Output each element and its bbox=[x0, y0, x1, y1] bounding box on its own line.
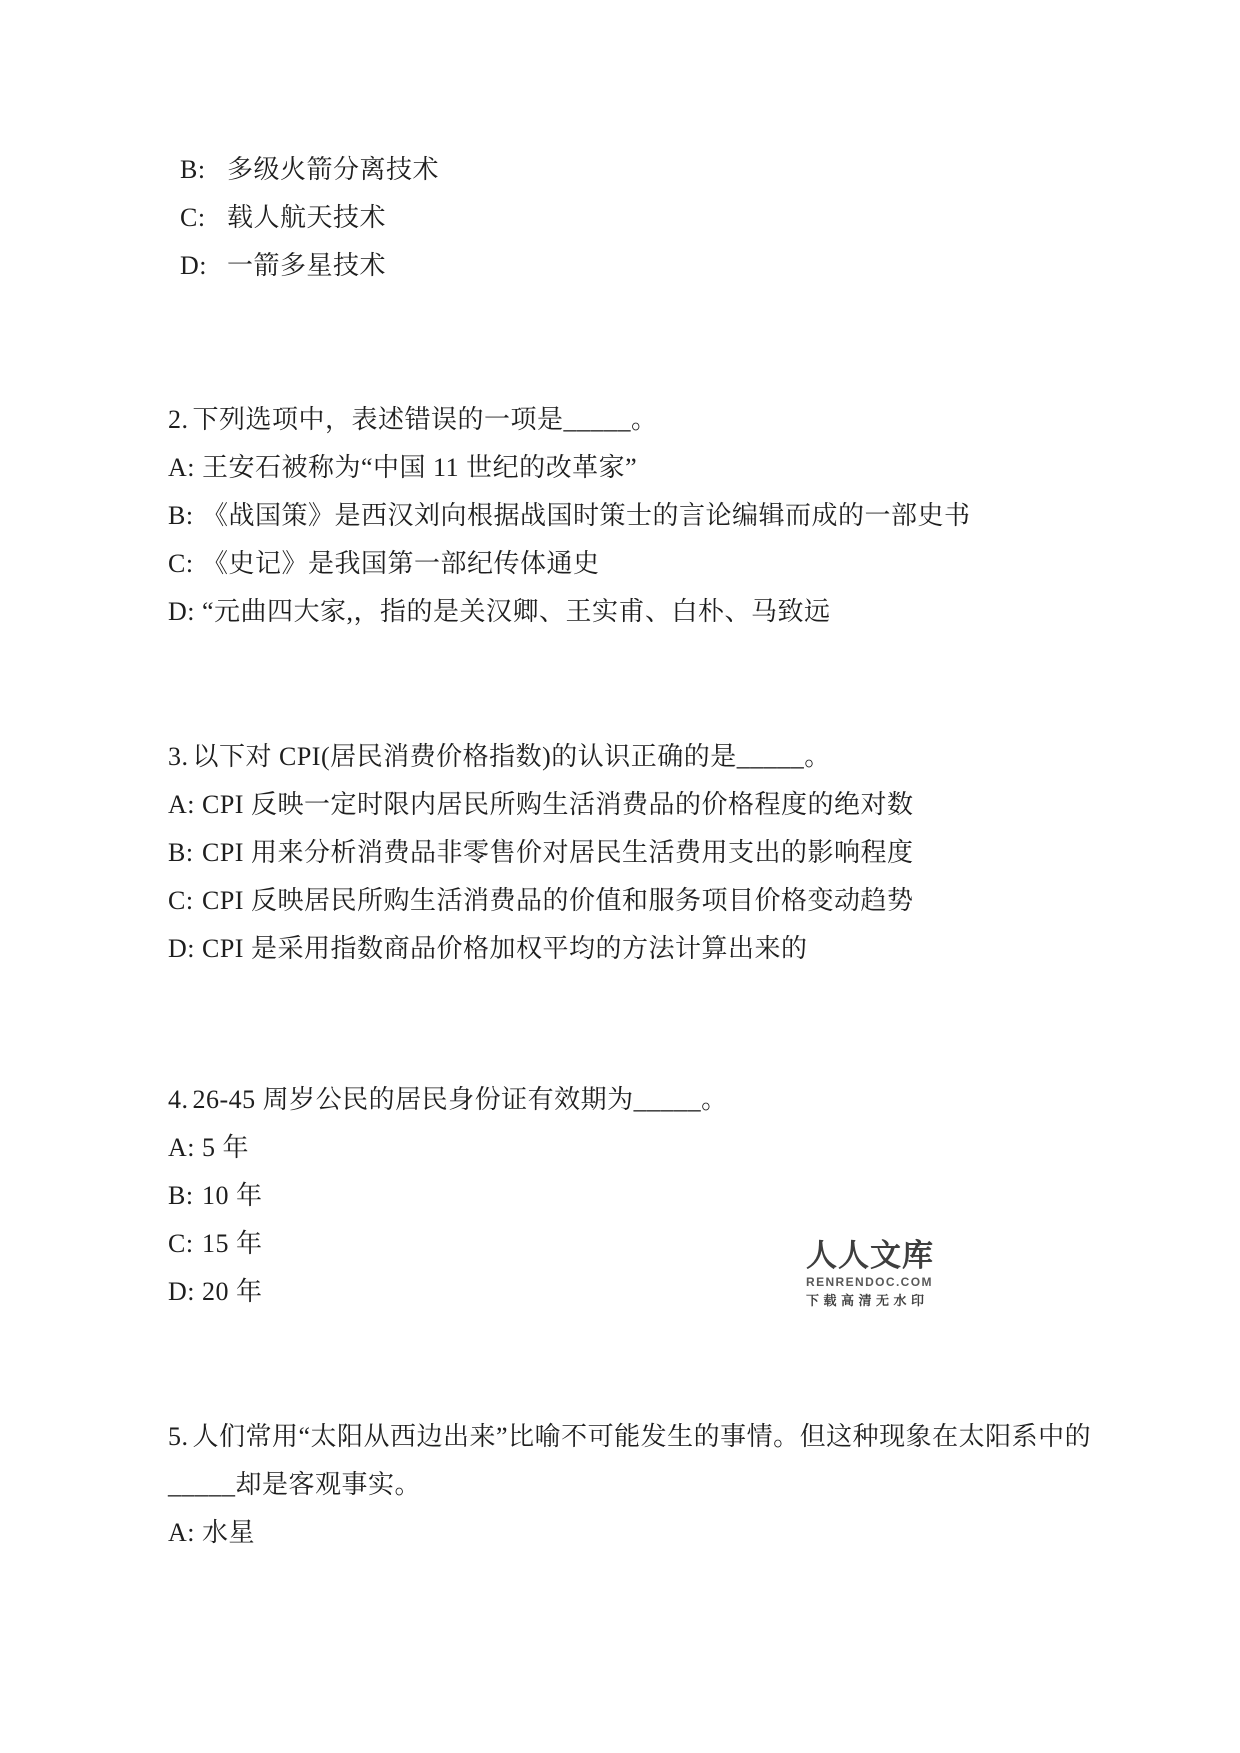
option-text: 多级火箭分离技术 bbox=[227, 155, 439, 184]
option-text: 20 年 bbox=[202, 1277, 263, 1306]
option-label: A: bbox=[168, 1509, 202, 1557]
option-label: B: bbox=[180, 146, 227, 194]
question-stem-text: 下列选项中，表述错误的一项是_____。 bbox=[193, 405, 658, 434]
document-page: B:多级火箭分离技术 C:载人航天技术 D:一箭多星技术 2.下列选项中，表述错… bbox=[0, 0, 1240, 1753]
question-stem: 5.人们常用“太阳从西边出来”比喻不可能发生的事情。但这种现象在太阳系中的___… bbox=[168, 1413, 1106, 1509]
option-label: C: bbox=[168, 540, 202, 588]
question-stem-text: 人们常用“太阳从西边出来”比喻不可能发生的事情。但这种现象在太阳系中的_____… bbox=[168, 1422, 1091, 1499]
option-row: C:15 年 bbox=[168, 1220, 1133, 1268]
option-row: B:CPI 用来分析消费品非零售价对居民生活费用支出的影响程度 bbox=[168, 829, 1133, 877]
option-label: C: bbox=[168, 877, 202, 925]
option-text: 王安石被称为“中国 11 世纪的改革家” bbox=[202, 453, 637, 482]
option-text: “元曲四大家,，指的是关汉卿、王实甫、白朴、马致远 bbox=[202, 597, 831, 626]
option-label: D: bbox=[180, 242, 227, 290]
question-stem: 4.26-45 周岁公民的居民身份证有效期为_____。 bbox=[168, 1076, 1133, 1124]
option-row: D:一箭多星技术 bbox=[180, 242, 1080, 290]
option-text: 一箭多星技术 bbox=[227, 251, 386, 280]
option-text: CPI 反映居民所购生活消费品的价值和服务项目价格变动趋势 bbox=[202, 886, 913, 915]
watermark: 人人文库 RENRENDOC.COM 下载高清无水印 bbox=[806, 1240, 956, 1307]
option-text: 10 年 bbox=[202, 1181, 263, 1210]
option-label: D: bbox=[168, 1268, 202, 1316]
option-label: B: bbox=[168, 1172, 202, 1220]
watermark-tagline-text: 下载高清无水印 bbox=[806, 1294, 956, 1307]
question-block-2: 2.下列选项中，表述错误的一项是_____。 A:王安石被称为“中国 11 世纪… bbox=[168, 396, 1133, 636]
option-row: C:载人航天技术 bbox=[180, 194, 1080, 242]
watermark-url-text: RENRENDOC.COM bbox=[806, 1276, 956, 1288]
option-row: D:“元曲四大家,，指的是关汉卿、王实甫、白朴、马致远 bbox=[168, 588, 1133, 636]
option-row: D:CPI 是采用指数商品价格加权平均的方法计算出来的 bbox=[168, 925, 1133, 973]
question-number: 3. bbox=[168, 742, 193, 771]
option-label: A: bbox=[168, 444, 202, 492]
option-row: B:10 年 bbox=[168, 1172, 1133, 1220]
option-text: CPI 用来分析消费品非零售价对居民生活费用支出的影响程度 bbox=[202, 838, 913, 867]
question-number: 2. bbox=[168, 405, 193, 434]
option-text: CPI 是采用指数商品价格加权平均的方法计算出来的 bbox=[202, 934, 807, 963]
option-text: 水星 bbox=[202, 1518, 255, 1547]
question-number: 4. bbox=[168, 1085, 193, 1114]
option-text: 《史记》是我国第一部纪传体通史 bbox=[202, 549, 600, 578]
option-text: 载人航天技术 bbox=[227, 203, 386, 232]
option-text: 5 年 bbox=[202, 1133, 249, 1162]
option-row: B:多级火箭分离技术 bbox=[180, 146, 1080, 194]
question-block-5: 5.人们常用“太阳从西边出来”比喻不可能发生的事情。但这种现象在太阳系中的___… bbox=[168, 1413, 1106, 1557]
option-label: C: bbox=[180, 194, 227, 242]
option-label: A: bbox=[168, 781, 202, 829]
question-block-3: 3.以下对 CPI(居民消费价格指数)的认识正确的是_____。 A:CPI 反… bbox=[168, 733, 1133, 973]
question-block-4: 4.26-45 周岁公民的居民身份证有效期为_____。 A:5 年 B:10 … bbox=[168, 1076, 1133, 1316]
option-row: C:《史记》是我国第一部纪传体通史 bbox=[168, 540, 1133, 588]
option-row: C:CPI 反映居民所购生活消费品的价值和服务项目价格变动趋势 bbox=[168, 877, 1133, 925]
option-row: D:20 年 bbox=[168, 1268, 1133, 1316]
option-row: A:王安石被称为“中国 11 世纪的改革家” bbox=[168, 444, 1133, 492]
watermark-logo-text: 人人文库 bbox=[806, 1240, 956, 1271]
option-row: A:CPI 反映一定时限内居民所购生活消费品的价格程度的绝对数 bbox=[168, 781, 1133, 829]
option-text: CPI 反映一定时限内居民所购生活消费品的价格程度的绝对数 bbox=[202, 790, 913, 819]
option-label: B: bbox=[168, 492, 202, 540]
option-text: 《战国策》是西汉刘向根据战国时策士的言论编辑而成的一部史书 bbox=[202, 501, 971, 530]
option-label: C: bbox=[168, 1220, 202, 1268]
option-row: A:水星 bbox=[168, 1509, 1106, 1557]
question-block-1: B:多级火箭分离技术 C:载人航天技术 D:一箭多星技术 bbox=[180, 146, 1080, 290]
option-row: A:5 年 bbox=[168, 1124, 1133, 1172]
question-stem-text: 26-45 周岁公民的居民身份证有效期为_____。 bbox=[193, 1085, 728, 1114]
question-number: 5. bbox=[168, 1422, 193, 1451]
question-stem-text: 以下对 CPI(居民消费价格指数)的认识正确的是_____。 bbox=[193, 742, 831, 771]
option-text: 15 年 bbox=[202, 1229, 263, 1258]
option-label: D: bbox=[168, 588, 202, 636]
question-stem: 2.下列选项中，表述错误的一项是_____。 bbox=[168, 396, 1133, 444]
option-label: D: bbox=[168, 925, 202, 973]
question-stem: 3.以下对 CPI(居民消费价格指数)的认识正确的是_____。 bbox=[168, 733, 1133, 781]
option-row: B:《战国策》是西汉刘向根据战国时策士的言论编辑而成的一部史书 bbox=[168, 492, 1133, 540]
option-label: A: bbox=[168, 1124, 202, 1172]
option-label: B: bbox=[168, 829, 202, 877]
